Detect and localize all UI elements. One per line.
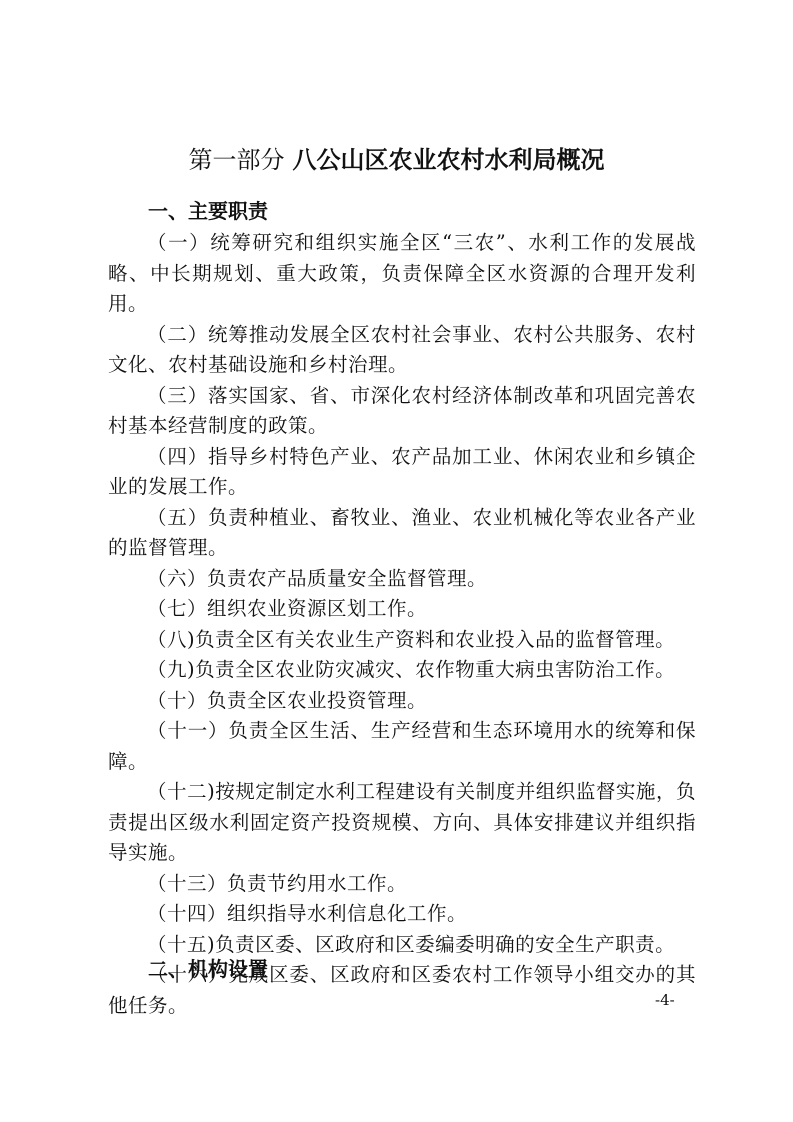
title-main: 八公山区农业农村水利局概况 (293, 146, 605, 174)
duty-paragraph: （一）统筹研究和组织实施全区“三农”、水利工作的发展战略、中长期规划、重大政策，… (108, 228, 696, 320)
duty-paragraph: （三）落实国家、省、市深化农村经济体制改革和巩固完善农村基本经营制度的政策。 (108, 381, 696, 442)
duty-paragraph: （八)负责全区有关农业生产资料和农业投入品的监督管理。 (108, 625, 696, 656)
section-heading-duties: 一、主要职责 (148, 197, 268, 225)
duty-paragraph: （五）负责种植业、畜牧业、渔业、农业机械化等农业各产业的监督管理。 (108, 503, 696, 564)
duty-paragraph: （七）组织农业资源区划工作。 (108, 594, 696, 625)
duty-paragraph: （二）统筹推动发展全区农村社会事业、农村公共服务、农村文化、农村基础设施和乡村治… (108, 320, 696, 381)
duty-paragraph: （六）负责农产品质量安全监督管理。 (108, 564, 696, 595)
duty-paragraph: （十）负责全区农业投资管理。 (108, 686, 696, 717)
duty-paragraph: （十二)按规定制定水利工程建设有关制度并组织监督实施，负责提出区级水利固定资产投… (108, 777, 696, 869)
duty-paragraph: （十四）组织指导水利信息化工作。 (108, 899, 696, 930)
duties-list: （一）统筹研究和组织实施全区“三农”、水利工作的发展战略、中长期规划、重大政策，… (108, 228, 696, 1021)
duty-paragraph: （十一）负责全区生活、生产经营和生态环境用水的统筹和保障。 (108, 716, 696, 777)
duty-paragraph: （九)负责全区农业防灾减灾、农作物重大病虫害防治工作。 (108, 655, 696, 686)
page-number: -4- (655, 991, 675, 1009)
duty-paragraph: （十三）负责节约用水工作。 (108, 869, 696, 900)
page-title: 第一部分八公山区农业农村水利局概况 (0, 144, 793, 176)
duty-paragraph: （四）指导乡村特色产业、农产品加工业、休闲农业和乡镇企业的发展工作。 (108, 442, 696, 503)
title-prefix: 第一部分 (189, 146, 285, 174)
section-heading-organization: 二、机构设置 (148, 955, 268, 983)
